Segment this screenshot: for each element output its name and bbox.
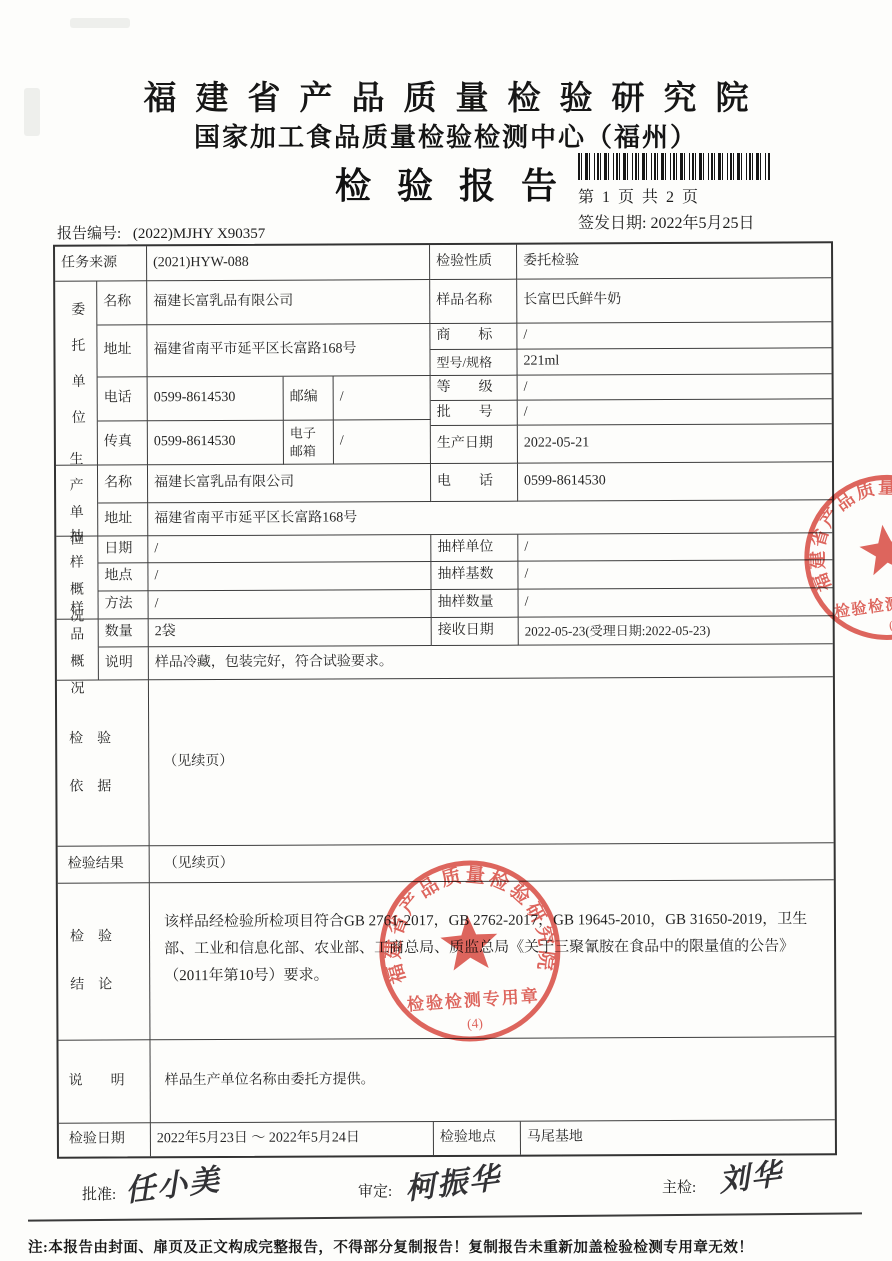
conclusion-label: 检 验 结 论 [58, 883, 151, 1040]
seal-number: (4) [888, 617, 892, 633]
basis-value: （见续页） [149, 677, 834, 846]
zip-label: 邮编 [284, 376, 334, 420]
email-value: / [334, 420, 431, 464]
chief-label: 主检: [662, 1176, 696, 1197]
remark-label: 说 明 [58, 1040, 150, 1123]
producer-name-value: 福建长富乳品有限公司 [148, 464, 431, 503]
sampling-place-value: / [148, 562, 431, 591]
basis-label: 检 验 依 据 [57, 680, 150, 846]
approve-signature: 任小美 [125, 1154, 227, 1211]
seal-star-icon [857, 521, 892, 576]
result-label: 检验结果 [58, 846, 150, 883]
scanned-inspection-report: { "header": { "institute": "福建省产品质量检验研究院… [0, 0, 892, 1261]
test-date-label: 检验日期 [59, 1123, 151, 1156]
prod-date-label: 生产日期 [431, 426, 518, 464]
sampling-org-label: 抽样单位 [431, 535, 518, 562]
trademark-value: / [517, 322, 831, 349]
sampling-place-label: 地点 [98, 563, 148, 591]
zip-value: / [334, 376, 431, 420]
sample-name-value: 长富巴氏鲜牛奶 [517, 278, 831, 323]
report-number: 报告编号: (2022)MJHY X90357 [57, 222, 265, 243]
grade-label: 等 级 [431, 376, 518, 401]
chief-signature: 刘华 [719, 1147, 790, 1200]
overview-qty-label: 数量 [99, 619, 149, 647]
sampling-qty-value: / [519, 588, 833, 617]
client-phone-label: 电话 [98, 377, 148, 421]
overview-note-label: 说明 [99, 647, 149, 680]
seal-line-text: 检验检测专用章 [833, 586, 892, 621]
inspection-nature-value: 委托检验 [517, 243, 831, 279]
producer-address-label: 地址 [98, 503, 148, 536]
prod-date-value: 2022-05-21 [518, 424, 832, 463]
task-source-value: (2021)HYW-088 [147, 245, 430, 281]
footer-note: 注:本报告由封面、扉页及正文构成完整报告，不得部分复制报告！复制报告未重新加盖检… [28, 1236, 878, 1257]
seal-number: (4) [467, 1015, 484, 1031]
model-spec-value: 221ml [517, 348, 831, 375]
client-fax-value: 0599-8614530 [148, 421, 284, 466]
inspection-nature-label: 检验性质 [430, 245, 517, 280]
overview-note-value: 样品冷藏，包装完好，符合试验要求。 [149, 644, 833, 680]
model-spec-label: 型号/规格 [430, 350, 517, 376]
institute-title: 福建省产品质量检验研究院 [0, 72, 892, 119]
client-address-value: 福建省南平市延平区长富路168号 [147, 324, 430, 377]
producer-address-value: 福建省南平市延平区长富路168号 [148, 500, 832, 536]
sampling-date-value: / [148, 535, 431, 563]
test-date-value: 2022年5月23日 ～ 2022年5月24日 [151, 1122, 434, 1156]
overview-block-label: 样品概况 [57, 620, 99, 681]
trademark-label: 商 标 [430, 324, 517, 350]
client-block-label: 委托单位 [55, 282, 98, 466]
received-date-label: 接收日期 [432, 618, 519, 646]
client-fax-label: 传真 [98, 421, 148, 465]
test-place-label: 检验地点 [434, 1122, 521, 1155]
sampling-qty-label: 抽样数量 [432, 590, 519, 618]
client-name-value: 福建长富乳品有限公司 [147, 280, 430, 325]
issue-date: 签发日期: 2022年5月25日 [578, 210, 754, 233]
seal-star-icon [439, 913, 500, 971]
received-date-value: 2022-05-23(受理日期:2022-05-23) [519, 616, 833, 645]
scan-smudge [70, 18, 130, 28]
batch-value: / [518, 399, 832, 425]
sampling-date-label: 日期 [98, 536, 148, 563]
sampling-method-label: 方法 [99, 591, 149, 619]
center-subtitle: 国家加工食品质量检验检测中心（福州） [0, 117, 892, 154]
approve-label: 批准: [82, 1183, 116, 1204]
inspection-seal-center: 福建省产品质量检验研究院 检验检测专用章 (4) [353, 846, 586, 1061]
report-number-value: (2022)MJHY X90357 [133, 226, 265, 242]
review-signature: 柯振华 [405, 1152, 507, 1209]
footer-divider [28, 1212, 862, 1221]
seal-line-text: 检验检测专用章 [406, 985, 540, 1014]
producer-phone-label: 电 话 [431, 464, 518, 502]
grade-value: / [518, 374, 832, 400]
batch-label: 批 号 [431, 401, 518, 426]
overview-qty-value: 2袋 [149, 618, 432, 647]
email-label: 电子邮箱 [284, 420, 334, 464]
page-info: 第 1 页 共 2 页 [578, 184, 700, 207]
sample-name-label: 样品名称 [430, 280, 517, 324]
client-name-label: 名称 [97, 281, 147, 325]
sampling-base-value: / [518, 560, 832, 589]
producer-name-label: 名称 [98, 465, 148, 503]
client-phone-value: 0599-8614530 [148, 377, 284, 422]
barcode-image [578, 153, 770, 180]
sampling-base-label: 抽样基数 [431, 562, 518, 590]
sampling-method-value: / [149, 590, 432, 619]
review-label: 审定: [358, 1180, 392, 1201]
report-number-label: 报告编号: [57, 226, 121, 242]
task-source-label: 任务来源 [55, 246, 147, 281]
client-address-label: 地址 [97, 325, 147, 377]
